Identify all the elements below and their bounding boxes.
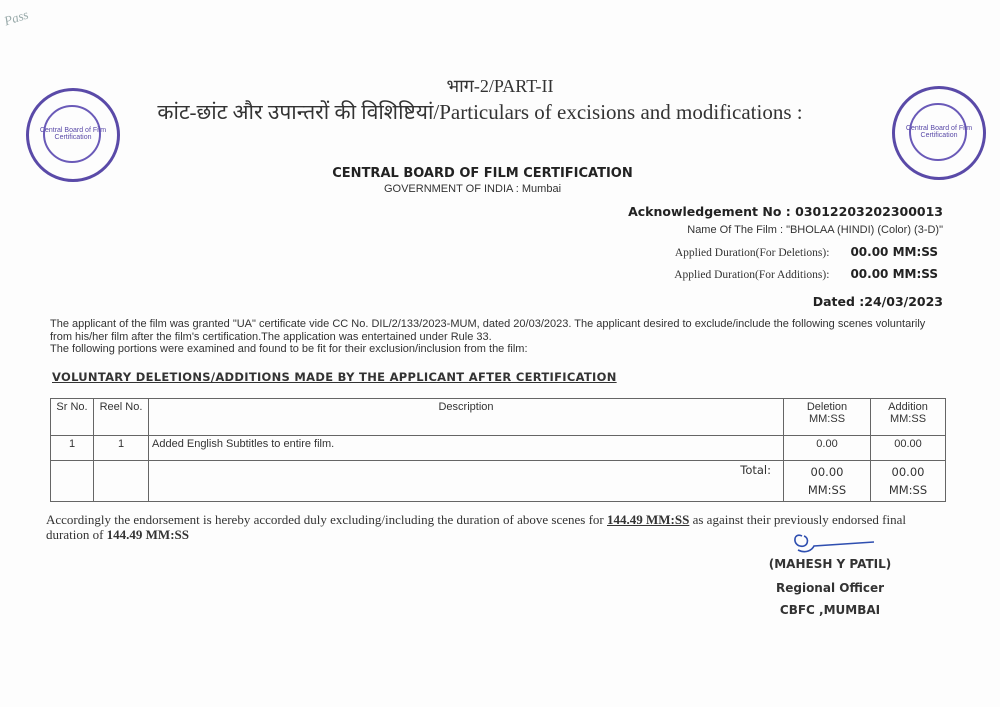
- cell-sr-no: 1: [51, 436, 94, 461]
- handwritten-note: Pass: [2, 7, 30, 30]
- excisions-table: Sr No. Reel No. Description Deletion MM:…: [50, 398, 946, 502]
- header-sr-no: Sr No.: [51, 399, 94, 436]
- total-deletion: 00.00 MM:SS: [784, 461, 871, 502]
- document-title: कांट-छांट और उपान्तरों की विशिष्टियां/Pa…: [0, 98, 960, 126]
- additions-value: 00.00 MM:SS: [850, 267, 938, 281]
- organization-name: CENTRAL BOARD OF FILM CERTIFICATION: [0, 166, 965, 181]
- cell-addition: 00.00: [871, 436, 946, 461]
- stamp-text: Central Board of Film Certification: [29, 127, 117, 141]
- part-title: भाग-2/PART-II: [0, 74, 1000, 98]
- cell-description: Added English Subtitles to entire film.: [149, 436, 784, 461]
- table-total-row: Total: 00.00 MM:SS 00.00 MM:SS: [51, 461, 946, 502]
- total-deletion-unit: MM:SS: [787, 481, 867, 499]
- applied-duration-additions: Applied Duration(For Additions): 00.00 M…: [674, 267, 938, 282]
- total-addition-value: 00.00: [874, 463, 942, 481]
- acknowledgement-number: Acknowledgement No : 03012203202300013: [628, 204, 943, 219]
- table-row: 1 1 Added English Subtitles to entire fi…: [51, 436, 946, 461]
- header-addition: Addition MM:SS: [871, 399, 946, 436]
- total-empty-reel: [94, 461, 149, 502]
- organization-subtitle: GOVERNMENT OF INDIA : Mumbai: [0, 183, 945, 195]
- cell-deletion: 0.00: [784, 436, 871, 461]
- certificate-paragraph: The applicant of the film was granted "U…: [50, 318, 950, 356]
- final-duration: 144.49 MM:SS: [107, 527, 189, 542]
- header-deletion-unit: MM:SS: [787, 413, 867, 425]
- header-addition-label: Addition: [874, 401, 942, 413]
- signatory-name: (MAHESH Y PATIL): [740, 557, 920, 571]
- applied-duration-deletions: Applied Duration(For Deletions): 00.00 M…: [675, 245, 938, 260]
- signatory-office: CBFC ,MUMBAI: [740, 603, 920, 617]
- header-description: Description: [149, 399, 784, 436]
- endorsed-duration: 144.49 MM:SS: [607, 512, 689, 527]
- total-deletion-value: 00.00: [787, 463, 867, 481]
- signatory-role: Regional Officer: [740, 581, 920, 595]
- deletions-label: Applied Duration(For Deletions):: [675, 247, 830, 259]
- total-label: Total:: [149, 461, 784, 502]
- table-header-row: Sr No. Reel No. Description Deletion MM:…: [51, 399, 946, 436]
- additions-label: Applied Duration(For Additions):: [674, 269, 829, 281]
- paragraph-line-1: The applicant of the film was granted "U…: [50, 318, 950, 343]
- film-name: Name Of The Film : "BHOLAA (HINDI) (Colo…: [687, 224, 943, 236]
- total-empty-sr: [51, 461, 94, 502]
- paragraph-line-2: The following portions were examined and…: [50, 343, 950, 356]
- total-addition: 00.00 MM:SS: [871, 461, 946, 502]
- endorsement-part-1: Accordingly the endorsement is hereby ac…: [46, 512, 607, 527]
- section-title: VOLUNTARY DELETIONS/ADDITIONS MADE BY TH…: [52, 370, 617, 384]
- stamp-text: Central Board of Film Certification: [895, 125, 983, 139]
- header-deletion: Deletion MM:SS: [784, 399, 871, 436]
- header-addition-unit: MM:SS: [874, 413, 942, 425]
- deletions-value: 00.00 MM:SS: [850, 245, 938, 259]
- header-reel-no: Reel No.: [94, 399, 149, 436]
- header-deletion-label: Deletion: [787, 401, 867, 413]
- total-addition-unit: MM:SS: [874, 481, 942, 499]
- cell-reel-no: 1: [94, 436, 149, 461]
- signature-icon: [788, 528, 878, 558]
- document-date: Dated :24/03/2023: [813, 294, 943, 309]
